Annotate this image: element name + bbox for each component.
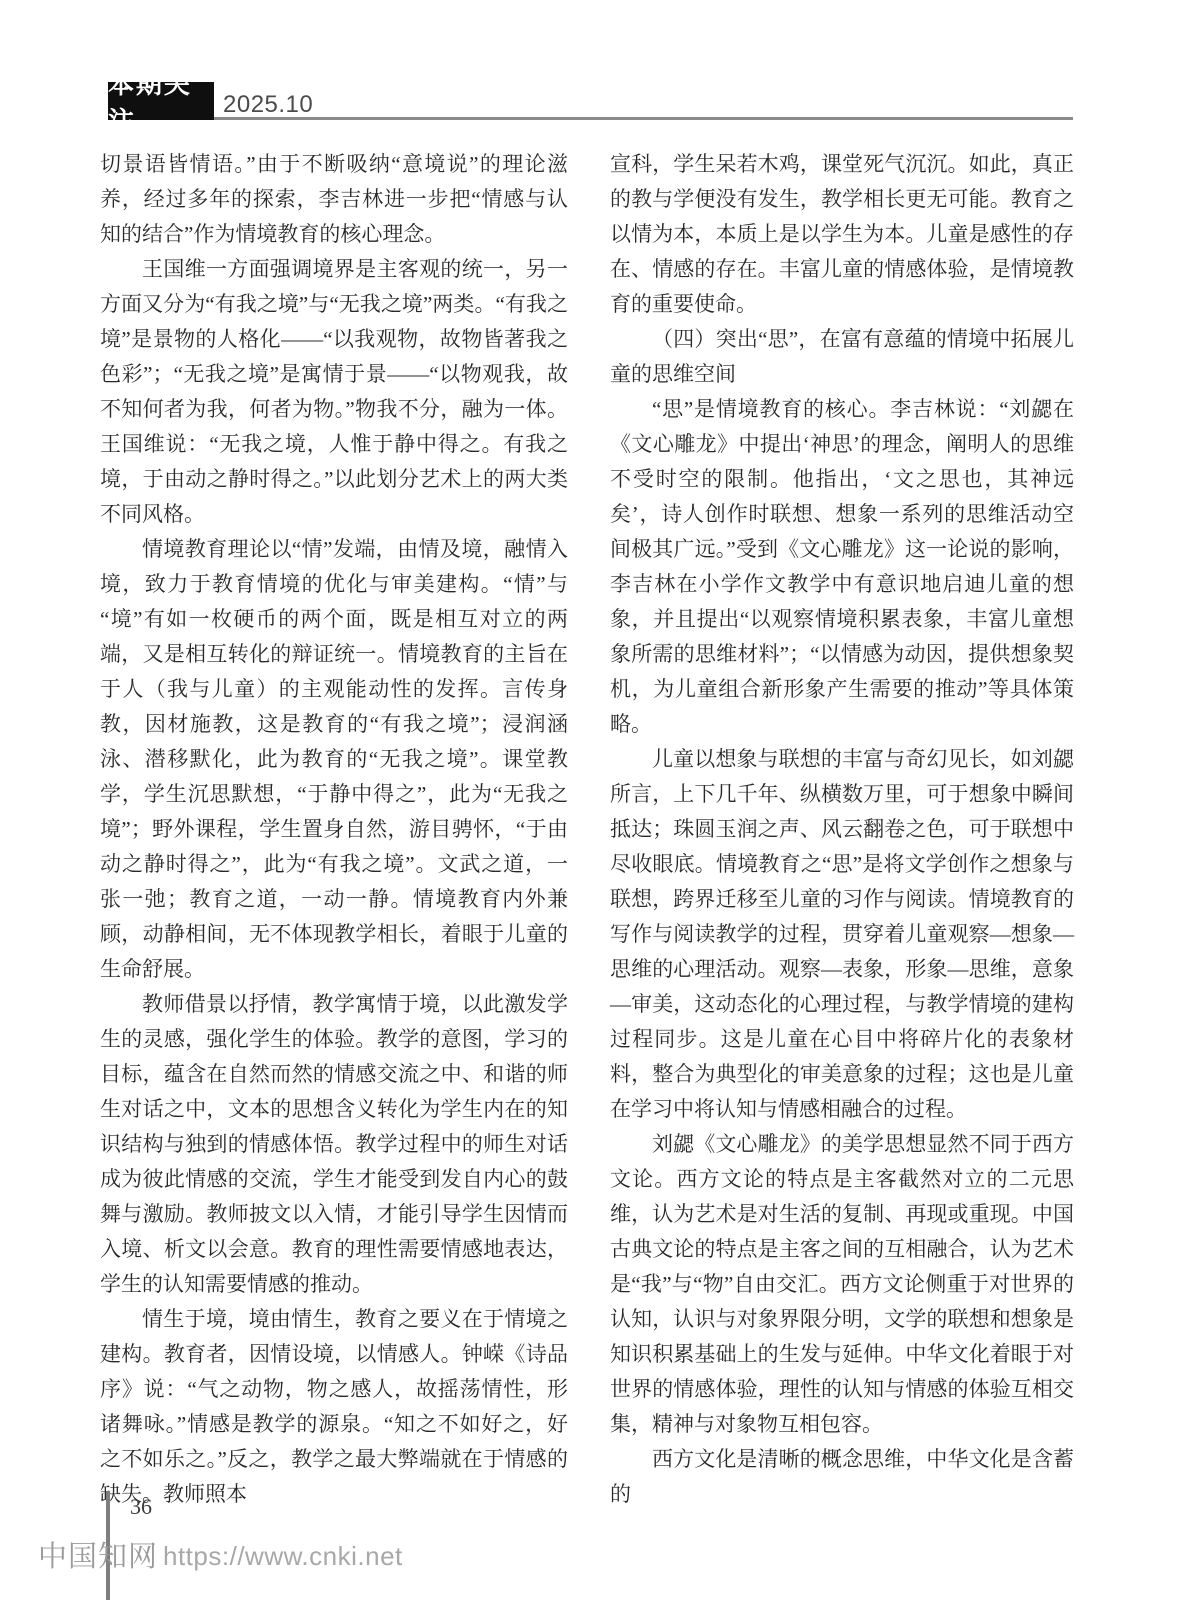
text-column-left: 切景语皆情语。”由于不断吸纳“意境说”的理论滋养，经过多年的探索，李吉林进一步把…	[100, 147, 568, 1512]
paragraph: （四）突出“思”，在富有意蕴的情境中拓展儿童的思维空间	[610, 322, 1074, 392]
cnki-watermark: 中国知网	[38, 1534, 158, 1575]
issue-date: 2025.10	[223, 91, 313, 119]
paragraph: 儿童以想象与联想的丰富与奇幻见长，如刘勰所言，上下几千年、纵横数万里，可于想象中…	[610, 742, 1074, 1127]
paragraph: 西方文化是清晰的概念思维，中华文化是含蓄的	[610, 1442, 1074, 1512]
cnki-url: https://www.cnki.net	[163, 1541, 403, 1572]
paragraph: 切景语皆情语。”由于不断吸纳“意境说”的理论滋养，经过多年的探索，李吉林进一步把…	[100, 147, 568, 252]
header-rule	[214, 117, 1073, 120]
section-label-badge: 本期关注	[108, 82, 214, 120]
journal-page: 本期关注 2025.10 切景语皆情语。”由于不断吸纳“意境说”的理论滋养，经过…	[0, 0, 1178, 1600]
text-column-right: 宣科，学生呆若木鸡，课堂死气沉沉。如此，真正的教与学便没有发生，教学相长更无可能…	[610, 147, 1074, 1512]
paragraph: 刘勰《文心雕龙》的美学思想显然不同于西方文论。西方文论的特点是主客截然对立的二元…	[610, 1127, 1074, 1442]
paragraph: 宣科，学生呆若木鸡，课堂死气沉沉。如此，真正的教与学便没有发生，教学相长更无可能…	[610, 147, 1074, 322]
page-number: 36	[130, 1494, 152, 1520]
paragraph: 王国维一方面强调境界是主客观的统一，另一方面又分为“有我之境”与“无我之境”两类…	[100, 252, 568, 532]
paragraph: 情生于境，境由情生，教育之要义在于情境之建构。教育者，因情设境，以情感人。钟嵘《…	[100, 1302, 568, 1512]
paragraph: 情境教育理论以“情”发端，由情及境，融情入境，致力于教育情境的优化与审美建构。“…	[100, 532, 568, 987]
paragraph: “思”是情境教育的核心。李吉林说：“刘勰在《文心雕龙》中提出‘神思’的理念，阐明…	[610, 392, 1074, 742]
paragraph: 教师借景以抒情，教学寓情于境，以此激发学生的灵感，强化学生的体验。教学的意图，学…	[100, 987, 568, 1302]
